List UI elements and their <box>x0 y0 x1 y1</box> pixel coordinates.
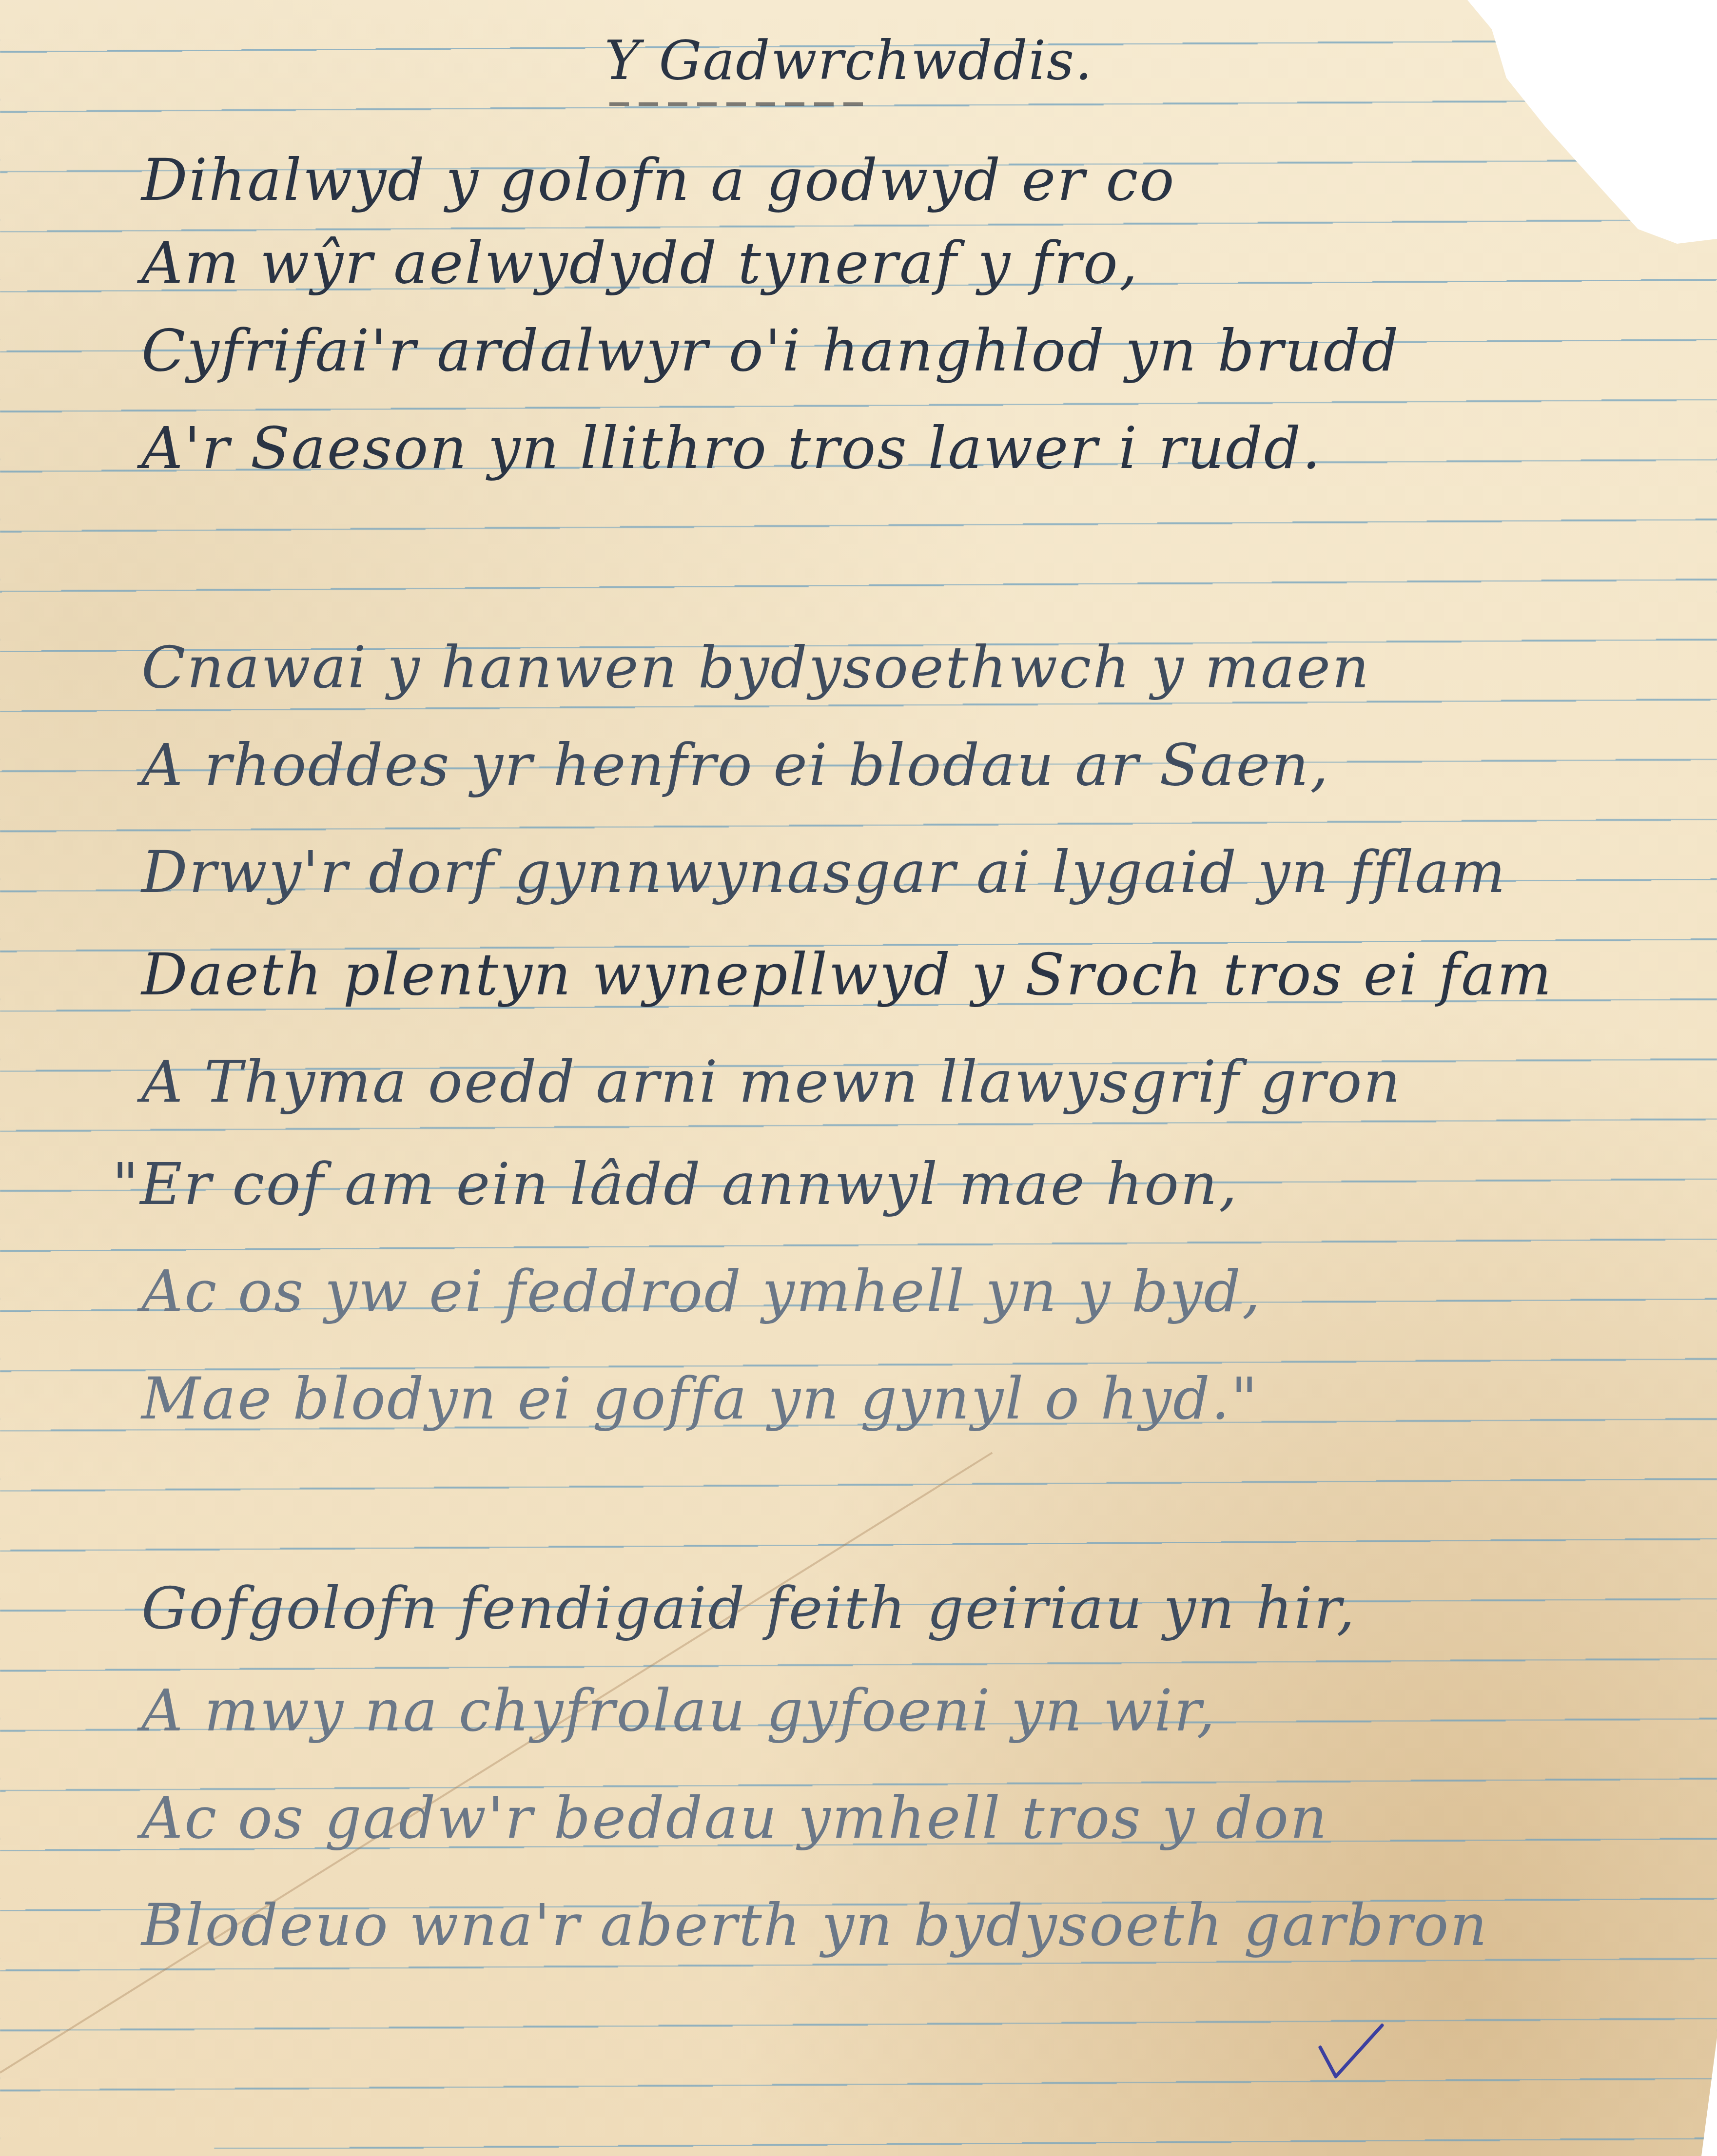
verse-line: A'r Saeson yn llithro tros lawer i rudd. <box>141 414 1322 482</box>
verse-line: Am wŷr aelwydydd tyneraf y fro, <box>141 229 1139 296</box>
verse-line: Daeth plentyn wynepllwyd y Sroch tros ei… <box>141 941 1553 1008</box>
verse-line: Cnawai y hanwen bydysoethwch y maen <box>141 634 1370 701</box>
verse-line: A Thyma oedd arni mewn llawysgrif gron <box>141 1048 1402 1115</box>
lined-paper-sheet: Y Gadwrchwddis. Dihalwyd y golofn a godw… <box>0 0 1717 2156</box>
verse-line: Dihalwyd y golofn a godwyd er co <box>141 146 1175 214</box>
verse-line: Mae blodyn ei goffa yn gynyl o hyd." <box>141 1365 1259 1432</box>
verse-line: Ac os gadw'r beddau ymhell tros y don <box>141 1784 1328 1851</box>
poem-title: Y Gadwrchwddis. <box>605 29 1093 92</box>
verse-line: Ac os yw ei feddrod ymhell yn y byd, <box>141 1258 1262 1325</box>
verse-line: A rhoddes yr henfro ei blodau ar Saen, <box>141 731 1330 798</box>
checkmark-icon <box>1316 2023 1385 2081</box>
verse-line: Blodeuo wna'r aberth yn bydysoeth garbro… <box>141 1891 1488 1959</box>
verse-line: A mwy na chyfrolau gyfoeni yn wir, <box>141 1677 1216 1744</box>
fold-crease <box>0 1452 993 2073</box>
verse-line: Drwy'r dorf gynnwynasgar ai lygaid yn ff… <box>141 838 1507 906</box>
title-underline <box>609 102 863 106</box>
verse-line: "Er cof am ein lâdd annwyl mae hon, <box>112 1150 1239 1218</box>
verse-line: Gofgolofn fendigaid feith geiriau yn hir… <box>141 1574 1356 1642</box>
verse-line: Cyfrifai'r ardalwyr o'i hanghlod yn brud… <box>141 317 1400 384</box>
